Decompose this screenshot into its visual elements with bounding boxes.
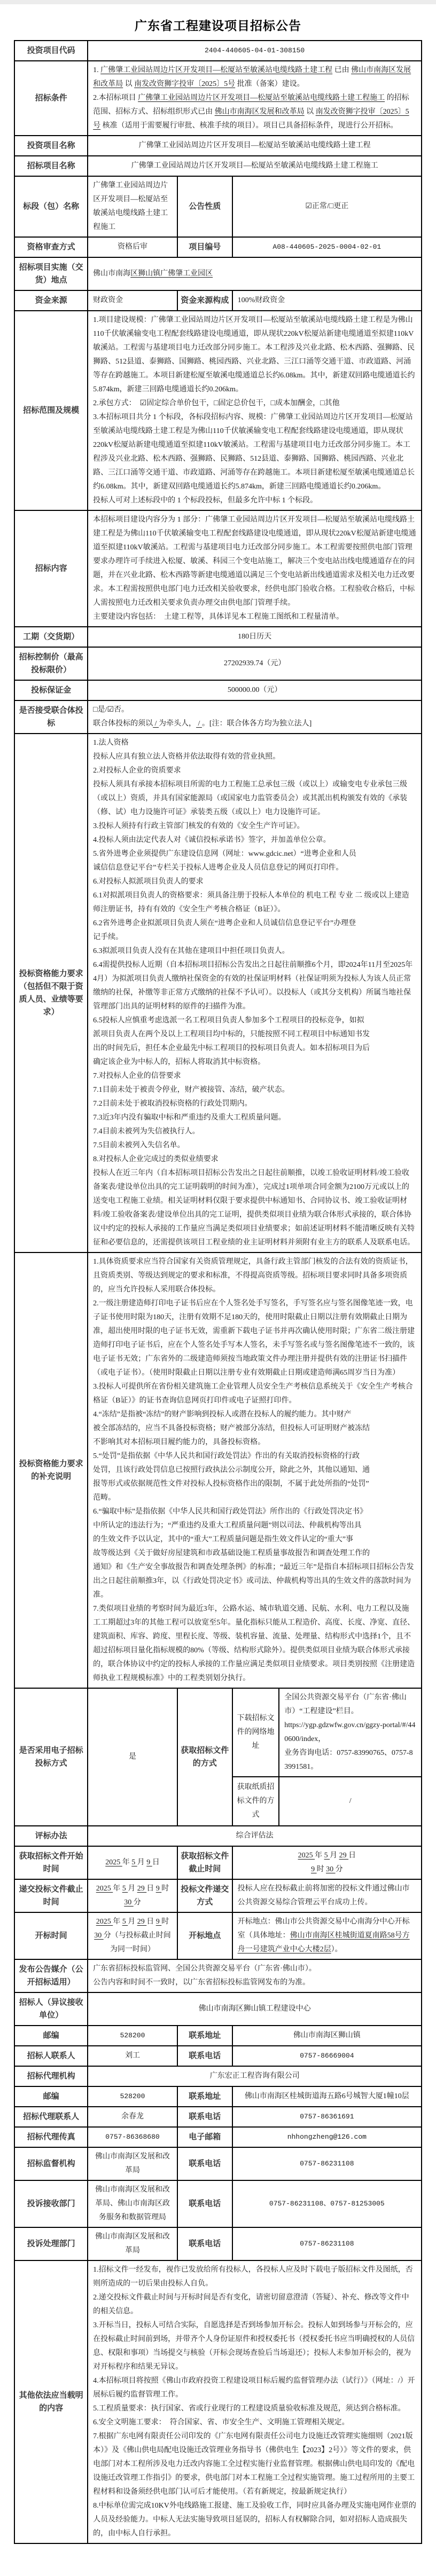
doc-obtain-end-label: 获取招标文件截止时间: [177, 1846, 232, 1879]
supervision-label: 招标监督机构: [14, 2147, 88, 2180]
agency-address-value: 佛山市南海区桂城街道海五路6号城智大厦1幢10层: [232, 2086, 422, 2107]
other-contents-value: 1.招标文件一经发布，视作已发放给所有投标人，各投标人应及时下载电子版招标文件及…: [88, 2260, 422, 2543]
bid-bond-value: 500000.00（元）: [88, 680, 422, 700]
tenderer-contact-label: 招标人联系人: [14, 2046, 88, 2066]
tenderer-label: 招标人（异议接收单位）: [14, 1992, 88, 2026]
agency-value: 广东宏正工程咨询有限公司: [88, 2066, 422, 2086]
row-complaint-handling: 投诉处理部门 佛山市南海区发展和改革局 联系电话 0757-86231108: [14, 2227, 422, 2260]
tenderer-phone-label: 联系电话: [177, 2046, 232, 2066]
investment-project-name-value: 广佛肇工业园站周边片区开发项目—松厦站至敏溪站电缆线路土建工程: [88, 136, 422, 156]
row-tender-scope: 招标范围及规模 1.项目建设规模：广佛肇工业园站周边片区开发项目—松厦站至敏溪站…: [14, 311, 422, 510]
other-contents-label: 其他依法应当载明的内容: [14, 2260, 88, 2543]
bid-submission-method-value: 投标人应在投标截止前将加密的投标文件通过佛山市公共资源交易综合管理云平台成功上传…: [232, 1879, 422, 1912]
tender-scope-label: 招标范围及规模: [14, 311, 88, 510]
row-tender-project-name: 招标项目名称 广佛肇工业园站周边片区开发项目—松厦站至敏溪站电缆线路土建工程施工: [14, 156, 422, 176]
complaint-handling-phone-value: 0757-86231108: [232, 2227, 422, 2260]
tender-project-name-label: 招标项目名称: [14, 156, 88, 176]
tender-conditions-label: 招标条件: [14, 61, 88, 136]
row-tender-content: 招标内容 本招标项目建设内容分为 1 部分：广佛肇工业园站周边片区开发项目—松厦…: [14, 510, 422, 627]
funding-composition-value: 100%财政资金: [232, 290, 422, 311]
row-complaint-receiving: 投诉接收部门 佛山市南海区发展和改革局、佛山市南海区政务服务和数据管理局 联系电…: [14, 2180, 422, 2227]
row-agency-contact: 招标代理联系人 余春龙 联系电话 0757-86361691: [14, 2107, 422, 2127]
funding-source-label: 资金来源: [14, 290, 88, 311]
row-e-bidding: 是否采用电子招标投标方式 是 获取招标文件的方式 下载招标文件的网络地址 全国公…: [14, 1688, 422, 1777]
row-announcement-media: 发布公告媒介（公开招标适用） 广东省招标投标监管网、全国公共资源交易平台（广东省…: [14, 1959, 422, 1992]
announcement-media-value: 广东省招标投标监管网、全国公共资源交易平台（广东省·佛山市）。 公告内容和时间不…: [88, 1959, 422, 1992]
qualification-review-label: 资格审查方式: [14, 237, 88, 257]
supervision-phone-value: 0757-86231108: [232, 2147, 422, 2180]
qualification-supplement-value: 1.具体资质要求应当符合国家有关资质管理规定，具备行政主管部门核发的合法有效的资…: [88, 1252, 422, 1688]
supervision-value: 佛山市南海区发展和改革局: [88, 2147, 177, 2180]
e-bidding-label: 是否采用电子招标投标方式: [14, 1688, 88, 1826]
row-control-price: 招标控制价（最高投标限价） 27202939.74（元）: [14, 647, 422, 680]
paper-doc-value: /: [279, 1777, 422, 1826]
e-bidding-value: 是: [88, 1688, 177, 1826]
row-qualification-review: 资格审查方式 资格后审 项目编号 A08-440605-2025-0004-02…: [14, 237, 422, 257]
agency-contact-value: 余春龙: [88, 2107, 177, 2127]
consortium-value: □是/☑否。 联合体投标的须以 / 为牵头人， / 。[注：联合体各方均为独立法…: [88, 700, 422, 734]
qualification-requirements-label: 投标资格能力要求（包括但不限于资质人员、业绩等要求）: [14, 734, 88, 1252]
complaint-receiving-label: 投诉接收部门: [14, 2180, 88, 2227]
project-code-label: 投资项目代码: [14, 41, 88, 61]
agency-label: 招标代理机构: [14, 2066, 88, 2086]
tenderer-value: 佛山市南海区狮山镇工程建设中心: [88, 1992, 422, 2026]
bid-opening-place-value: 开标地点：佛山市公共资源交易中心南海分中心开标室（具体地址：佛山市南海区桂城街道…: [232, 1912, 422, 1959]
tender-content-value: 本招标项目建设内容分为 1 部分：广佛肇工业园站周边片区开发项目—松厦站至敏溪站…: [88, 510, 422, 627]
tender-scope-value: 1.项目建设规模：广佛肇工业园站周边片区开发项目—松厦站至敏溪站电缆线路土建工程…: [88, 311, 422, 510]
tenderer-postcode-value: 528200: [88, 2026, 177, 2046]
project-no-value: A08-440605-2025-0004-02-01: [232, 237, 422, 257]
agency-email-value: nhhongzheng@126.com: [232, 2127, 422, 2147]
doc-obtain-start-value: 2025 年 5 月 9 日: [88, 1846, 177, 1879]
complaint-receiving-value: 佛山市南海区发展和改革局、佛山市南海区政务服务和数据管理局: [88, 2180, 177, 2227]
row-doc-obtain-time: 获取招标文件开始时间 2025 年 5 月 9 日 获取招标文件截止时间 202…: [14, 1846, 422, 1879]
row-bid-submission: 递交投标文件截止时间 2025 年 5 月 29 日 9 时 30 分 投标文件…: [14, 1879, 422, 1912]
tenderer-contact-value: 刘工: [88, 2046, 177, 2066]
qualification-review-value: 资格后审: [88, 237, 177, 257]
delivery-location-value: 佛山市南海区狮山镇广佛肇工业园区: [88, 257, 422, 290]
section-name-label: 标段（包）名称: [14, 176, 88, 237]
row-section-name: 标段（包）名称 广佛肇工业园站周边片区开发项目—松厦站至敏溪站电缆线路土建工程施…: [14, 176, 422, 237]
download-url-label: 下载招标文件的网络地址: [232, 1688, 279, 1777]
bid-submission-deadline-label: 递交投标文件截止时间: [14, 1879, 88, 1912]
tender-project-name-value: 广佛肇工业园站周边片区开发项目—松厦站至敏溪站电缆线路土建工程施工: [88, 156, 422, 176]
agency-contact-label: 招标代理联系人: [14, 2107, 88, 2127]
agency-email-label: 电子邮箱: [177, 2127, 232, 2147]
page-title: 广东省工程建设项目招标公告: [14, 16, 422, 34]
row-consortium: 是否接受联合体投标 □是/☑否。 联合体投标的须以 / 为牵头人， / 。[注：…: [14, 700, 422, 734]
tender-conditions-value: 1. 广佛肇工业园站周边片区开发项目—松厦站至敏溪站电缆线路土建工程 已由 佛山…: [88, 61, 422, 136]
bid-submission-deadline-value: 2025 年 5 月 29 日 9 时 30 分: [88, 1879, 177, 1912]
row-agency-postcode: 邮编 528200 联系地址 佛山市南海区桂城街道海五路6号城智大厦1幢10层: [14, 2086, 422, 2107]
row-tenderer: 招标人（异议接收单位） 佛山市南海区狮山镇工程建设中心: [14, 1992, 422, 2026]
evaluation-method-value: 综合评估法: [88, 1826, 422, 1846]
download-url-value: 全国公共资源交易平台（广东省·佛山市）“工程建设”栏目。 https://ygp…: [279, 1688, 422, 1777]
funding-composition-label: 资金来源构成: [177, 290, 232, 311]
complaint-handling-label: 投诉处理部门: [14, 2227, 88, 2260]
complaint-receiving-phone-value: 0757-86231108、0757-81253005: [232, 2180, 422, 2227]
top-strip: [0, 0, 436, 4]
row-tender-conditions: 招标条件 1. 广佛肇工业园站周边片区开发项目—松厦站至敏溪站电缆线路土建工程 …: [14, 61, 422, 136]
complaint-handling-value: 佛山市南海区发展和改革局: [88, 2227, 177, 2260]
doc-obtain-end-value: 2025 年 5 月 29 日 9 时 30 分: [232, 1846, 422, 1879]
agency-postcode-value: 528200: [88, 2086, 177, 2107]
row-other-contents: 其他依法应当载明的内容 1.招标文件一经发布，视作已发放给所有投标人，各投标人应…: [14, 2260, 422, 2543]
agency-phone-label: 联系电话: [177, 2107, 232, 2127]
row-investment-project-name: 投资项目名称 广佛肇工业园站周边片区开发项目—松厦站至敏溪站电缆线路土建工程: [14, 136, 422, 156]
tender-content-label: 招标内容: [14, 510, 88, 627]
control-price-label: 招标控制价（最高投标限价）: [14, 647, 88, 680]
bid-opening-time-value: 2025 年 5 月 29 日 9 时 30 分（与投标截止时间为同一时间）: [88, 1912, 177, 1959]
tenderer-address-label: 联系地址: [177, 2026, 232, 2046]
agency-fax-value: 0757-86368680: [88, 2127, 177, 2147]
row-project-code: 投资项目代码 2404-440605-04-01-308150: [14, 41, 422, 61]
paper-doc-label: 获取纸质招标文件的方式: [232, 1777, 279, 1826]
control-price-value: 27202939.74（元）: [88, 647, 422, 680]
notice-nature-value: ☑正常/□更正: [232, 176, 422, 237]
row-tenderer-postcode: 邮编 528200 联系地址 佛山市南海区狮山镇: [14, 2026, 422, 2046]
investment-project-name-label: 投资项目名称: [14, 136, 88, 156]
agency-fax-label: 招标代理传真: [14, 2127, 88, 2147]
project-code-value: 2404-440605-04-01-308150: [88, 41, 422, 61]
row-duration: 工期（交货期） 180日历天: [14, 627, 422, 647]
tenderer-address-value: 佛山市南海区狮山镇: [232, 2026, 422, 2046]
row-bid-bond: 投标保证金 500000.00（元）: [14, 680, 422, 700]
tenderer-postcode-label: 邮编: [14, 2026, 88, 2046]
bid-opening-time-label: 开标时间: [14, 1912, 88, 1959]
duration-value: 180日历天: [88, 627, 422, 647]
row-qualification-requirements: 投标资格能力要求（包括但不限于资质人员、业绩等要求） 1.法人资格 投标人应具有…: [14, 734, 422, 1252]
obtain-method-label: 获取招标文件的方式: [177, 1688, 232, 1826]
supervision-phone-label: 联系电话: [177, 2147, 232, 2180]
row-funding-source: 资金来源 财政资金 资金来源构成 100%财政资金: [14, 290, 422, 311]
complaint-handling-phone-label: 联系电话: [177, 2227, 232, 2260]
project-no-label: 项目编号: [177, 237, 232, 257]
consortium-label: 是否接受联合体投标: [14, 700, 88, 734]
complaint-receiving-phone-label: 联系电话: [177, 2180, 232, 2227]
qualification-supplement-label: 投标资格能力要求的补充说明: [14, 1252, 88, 1688]
bid-submission-method-label: 投标文件递交方式: [177, 1879, 232, 1912]
funding-source-value: 财政资金: [88, 290, 177, 311]
agency-address-label: 联系地址: [177, 2086, 232, 2107]
bid-bond-label: 投标保证金: [14, 680, 88, 700]
section-name-value: 广佛肇工业园站周边片区开发项目—松厦站至敏溪站电缆线路土建工程施工: [88, 176, 177, 237]
delivery-location-label: 招标项目实施（交货）地点: [14, 257, 88, 290]
row-evaluation-method: 评标办法 综合评估法: [14, 1826, 422, 1846]
row-supervision: 招标监督机构 佛山市南海区发展和改革局 联系电话 0757-86231108: [14, 2147, 422, 2180]
tenderer-phone-value: 0757-86669004: [232, 2046, 422, 2066]
tender-announcement-table: 投资项目代码 2404-440605-04-01-308150 招标条件 1. …: [14, 40, 422, 2544]
row-agency: 招标代理机构 广东宏正工程咨询有限公司: [14, 2066, 422, 2086]
notice-nature-label: 公告性质: [177, 176, 232, 237]
announcement-media-label: 发布公告媒介（公开招标适用）: [14, 1959, 88, 1992]
evaluation-method-label: 评标办法: [14, 1826, 88, 1846]
doc-obtain-start-label: 获取招标文件开始时间: [14, 1846, 88, 1879]
agency-phone-value: 0757-86361691: [232, 2107, 422, 2127]
bid-opening-place-label: 开标地点: [177, 1912, 232, 1959]
qualification-requirements-value: 1.法人资格 投标人应具有独立法人资格并依法取得有效的营业执照。 2.对投标人企…: [88, 734, 422, 1252]
row-delivery-location: 招标项目实施（交货）地点 佛山市南海区狮山镇广佛肇工业园区: [14, 257, 422, 290]
row-tenderer-contact: 招标人联系人 刘工 联系电话 0757-86669004: [14, 2046, 422, 2066]
row-agency-fax: 招标代理传真 0757-86368680 电子邮箱 nhhongzheng@12…: [14, 2127, 422, 2147]
agency-postcode-label: 邮编: [14, 2086, 88, 2107]
announcement-page: 广东省工程建设项目招标公告 投资项目代码 2404-440605-04-01-3…: [0, 4, 436, 2576]
row-bid-opening: 开标时间 2025 年 5 月 29 日 9 时 30 分（与投标截止时间为同一…: [14, 1912, 422, 1959]
duration-label: 工期（交货期）: [14, 627, 88, 647]
row-qualification-supplement: 投标资格能力要求的补充说明 1.具体资质要求应当符合国家有关资质管理规定，具备行…: [14, 1252, 422, 1688]
